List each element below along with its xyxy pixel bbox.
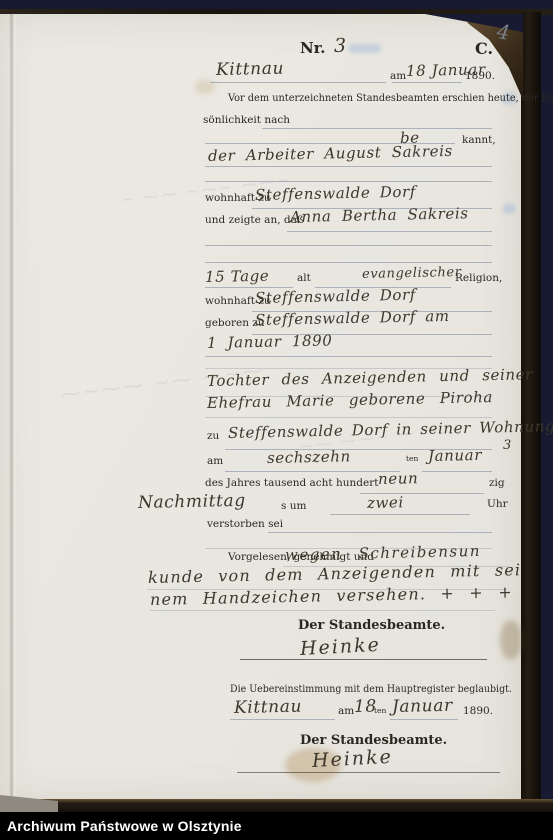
- certification-am-label: am: [338, 705, 354, 717]
- declarant-residence: Steffenswalde Dorf: [255, 183, 416, 204]
- ruled-line: [422, 471, 492, 472]
- am-label: am: [390, 70, 406, 82]
- ruled-line: [287, 231, 492, 232]
- form-letter: C.: [475, 39, 493, 58]
- death-year-hand: neun: [378, 469, 419, 488]
- ruled-line: [262, 128, 492, 129]
- archive-watermark-bar: Archiwum Państwowe w Olsztynie: [0, 812, 553, 840]
- deceased-religion: evangelischer: [362, 265, 462, 282]
- death-day: sechszehn: [267, 447, 351, 467]
- signature-flourish: [237, 772, 500, 773]
- ruled-line: [205, 356, 492, 357]
- blue-smudge: [503, 204, 515, 213]
- age-label: alt: [297, 272, 311, 284]
- ruled-line: [268, 532, 492, 533]
- death-month: Januar: [428, 446, 482, 465]
- book-edge-right: [521, 12, 541, 806]
- certification-line: Die Uebereinstimmung mit dem Hauptregist…: [230, 683, 512, 695]
- ruled-line: [210, 82, 386, 83]
- ruled-line: [392, 82, 462, 83]
- registration-year: 1890.: [465, 70, 495, 82]
- ruled-line: [230, 719, 335, 720]
- deceased-residence: Steffenswalde Dorf: [255, 286, 416, 307]
- ruled-line: [205, 262, 492, 263]
- record-number-value: 3: [334, 35, 347, 57]
- certification-year: 1890.: [463, 705, 493, 717]
- intro-line1: Vor dem unterzeichneten Standesbeamten e…: [228, 92, 553, 104]
- deceased-birthdate: 1 Januar 1890: [207, 331, 333, 352]
- signature-flourish: [240, 659, 487, 660]
- deceased-age: 15 Tage: [205, 267, 270, 286]
- death-year-label: des Jahres tausend acht hundert: [205, 477, 378, 489]
- certification-place: Kittnau: [234, 697, 302, 718]
- archive-watermark-text: Archiwum Państwowe w Olsztynie: [7, 818, 242, 834]
- death-am-label: am: [207, 455, 223, 467]
- ruled-line: [205, 166, 492, 167]
- ruled-line: [205, 181, 492, 182]
- ruled-line: [205, 417, 492, 418]
- certification-month: Januar: [392, 696, 453, 717]
- certification-ten-label: ten: [374, 706, 386, 715]
- ruled-line: [205, 245, 492, 246]
- record-number-label: Nr.: [300, 39, 325, 57]
- margin-correction-mark: 3: [503, 438, 511, 453]
- deceased-name: Anna Bertha Sakreis: [290, 204, 469, 226]
- registrar-signature-1: Heinke: [299, 634, 381, 660]
- ruled-line: [390, 719, 458, 720]
- official-title-1: Der Standesbeamte.: [298, 618, 445, 633]
- known-printed: kannt,: [462, 134, 496, 146]
- religion-label: Religion,: [455, 272, 502, 284]
- uhr-label: Uhr: [487, 498, 508, 510]
- blue-smudge: [349, 44, 381, 53]
- zig-label: zig: [489, 477, 505, 489]
- ten-label: ten: [406, 454, 418, 463]
- ruled-line: [330, 514, 470, 515]
- death-zu-label: zu: [207, 430, 219, 442]
- page-fold-shadow: [9, 14, 17, 804]
- intro-line2: sönlichkeit nach: [203, 114, 290, 126]
- paper-stain: [500, 620, 522, 660]
- registrar-signature-2: Heinke: [311, 746, 393, 772]
- book-edge-bottom: [0, 799, 553, 812]
- ruled-line: [150, 610, 495, 611]
- ruled-line: [225, 471, 400, 472]
- death-hour: zwei: [367, 493, 404, 512]
- registration-place: Kittnau: [216, 59, 284, 80]
- s-um-label: s um: [281, 500, 306, 512]
- scanned-register-page: ~ ⁓⁓ ~⁓~ ⁓⁓~ ⁓~⁓⁓ ~⁓ ⁓~⁓ ~⁓ ⁓⁓~ ⁓ Nr. 3 …: [0, 0, 553, 840]
- closing-label: verstorben sei: [207, 518, 283, 530]
- death-daytime: Nachmittag: [138, 491, 246, 513]
